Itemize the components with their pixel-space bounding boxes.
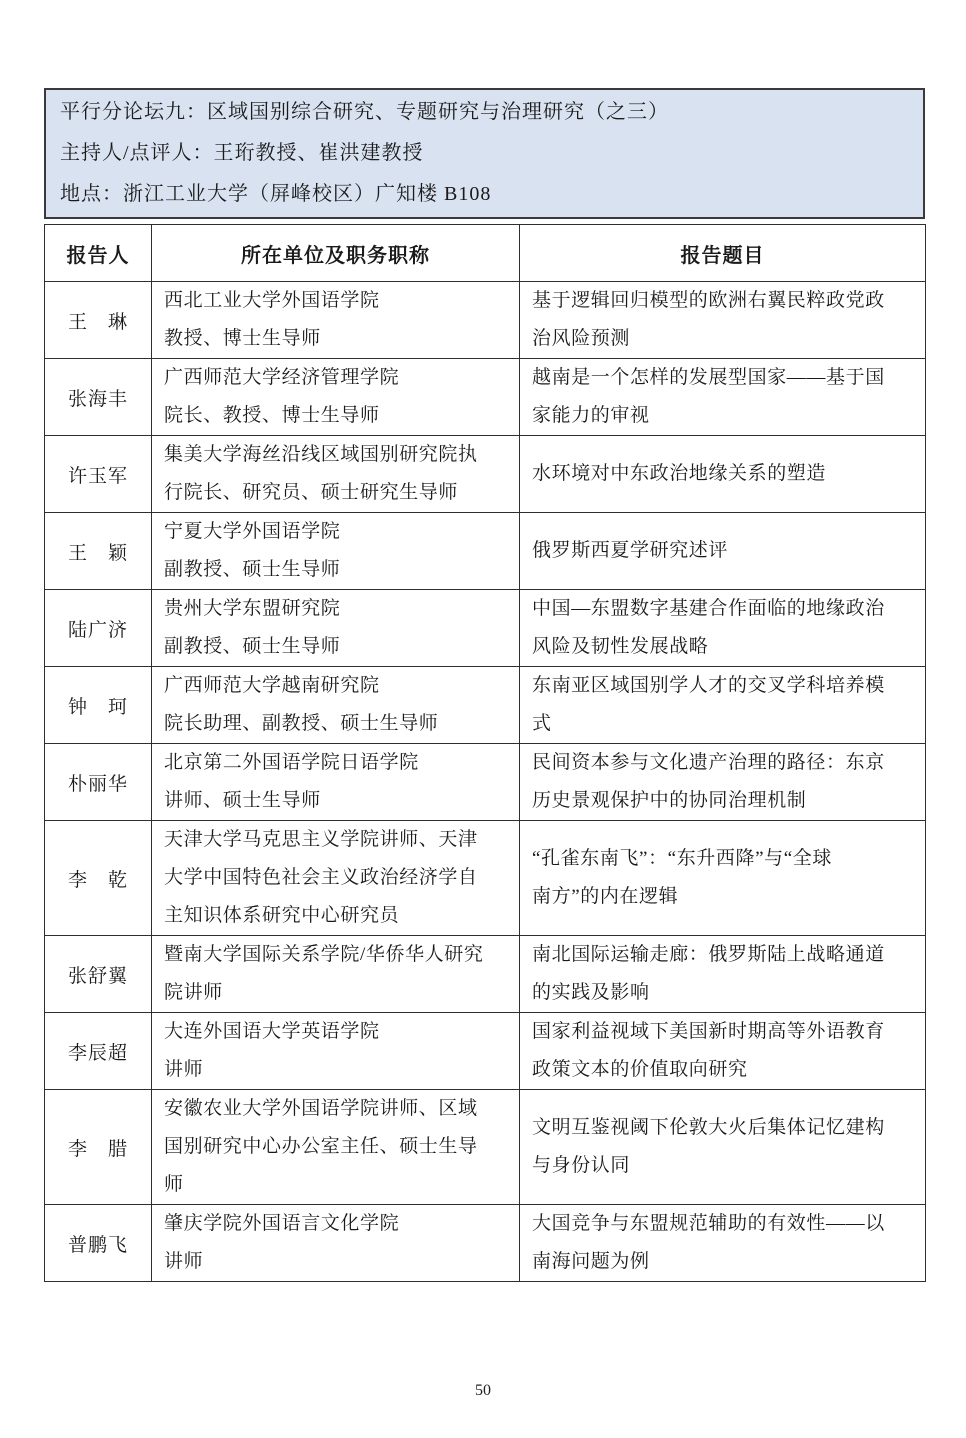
affiliation-cell: 宁夏大学外国语学院 副教授、硕士生导师 <box>152 513 520 590</box>
affiliation-cell: 西北工业大学外国语学院 教授、博士生导师 <box>152 282 520 359</box>
presenter-name-cell: 许玉军 <box>45 436 152 513</box>
document-page: { "accent_color": "#d9e2f0", "forum_head… <box>0 0 966 1438</box>
presenter-name-cell: 普鹏飞 <box>45 1205 152 1282</box>
table-row: 王 琳 西北工业大学外国语学院 教授、博士生导师 基于逻辑回归模型的欧洲右翼民粹… <box>45 282 926 359</box>
table-row: 李辰超 大连外国语大学英语学院 讲师 国家利益视域下美国新时期高等外语教育 政策… <box>45 1013 926 1090</box>
forum-title-line: 平行分论坛九：区域国别综合研究、专题研究与治理研究（之三） <box>60 92 909 133</box>
presenter-name-cell: 李辰超 <box>45 1013 152 1090</box>
title-cell: 越南是一个怎样的发展型国家——基于国 家能力的审视 <box>520 359 926 436</box>
header-title: 报告题目 <box>520 225 926 282</box>
title-cell: “孔雀东南飞”：“东升西降”与“全球 南方”的内在逻辑 <box>520 821 926 936</box>
title-cell: 东南亚区域国别学人才的交叉学科培养模 式 <box>520 667 926 744</box>
title-cell: 国家利益视域下美国新时期高等外语教育 政策文本的价值取向研究 <box>520 1013 926 1090</box>
affiliation-cell: 集美大学海丝沿线区域国别研究院执 行院长、研究员、硕士研究生导师 <box>152 436 520 513</box>
table-row: 李 乾 天津大学马克思主义学院讲师、天津 大学中国特色社会主义政治经济学自 主知… <box>45 821 926 936</box>
title-cell: 文明互鉴视阈下伦敦大火后集体记忆建构 与身份认同 <box>520 1090 926 1205</box>
title-cell: 基于逻辑回归模型的欧洲右翼民粹政党政 治风险预测 <box>520 282 926 359</box>
affiliation-cell: 北京第二外国语学院日语学院 讲师、硕士生导师 <box>152 744 520 821</box>
table-header-row: 报告人 所在单位及职务职称 报告题目 <box>45 225 926 282</box>
presenter-name-cell: 王 琳 <box>45 282 152 359</box>
presenter-name-cell: 张舒翼 <box>45 936 152 1013</box>
page-number: 50 <box>0 1382 966 1400</box>
affiliation-cell: 天津大学马克思主义学院讲师、天津 大学中国特色社会主义政治经济学自 主知识体系研… <box>152 821 520 936</box>
forum-hosts-line: 主持人/点评人：王珩教授、崔洪建教授 <box>60 133 909 174</box>
table-row: 朴丽华 北京第二外国语学院日语学院 讲师、硕士生导师 民间资本参与文化遗产治理的… <box>45 744 926 821</box>
table-row: 李 腊 安徽农业大学外国语学院讲师、区域 国别研究中心办公室主任、硕士生导 师 … <box>45 1090 926 1205</box>
table-row: 王 颖 宁夏大学外国语学院 副教授、硕士生导师 俄罗斯西夏学研究述评 <box>45 513 926 590</box>
table-row: 陆广济 贵州大学东盟研究院 副教授、硕士生导师 中国—东盟数字基建合作面临的地缘… <box>45 590 926 667</box>
presenter-name-cell: 钟 珂 <box>45 667 152 744</box>
page-content: 平行分论坛九：区域国别综合研究、专题研究与治理研究（之三） 主持人/点评人：王珩… <box>44 88 925 1282</box>
title-cell: 大国竞争与东盟规范辅助的有效性——以 南海问题为例 <box>520 1205 926 1282</box>
affiliation-cell: 广西师范大学经济管理学院 院长、教授、博士生导师 <box>152 359 520 436</box>
title-cell: 俄罗斯西夏学研究述评 <box>520 513 926 590</box>
presenter-name-cell: 王 颖 <box>45 513 152 590</box>
presenter-name-cell: 李 腊 <box>45 1090 152 1205</box>
affiliation-cell: 肇庆学院外国语言文化学院 讲师 <box>152 1205 520 1282</box>
table-row: 许玉军 集美大学海丝沿线区域国别研究院执 行院长、研究员、硕士研究生导师 水环境… <box>45 436 926 513</box>
affiliation-cell: 贵州大学东盟研究院 副教授、硕士生导师 <box>152 590 520 667</box>
title-cell: 民间资本参与文化遗产治理的路径：东京 历史景观保护中的协同治理机制 <box>520 744 926 821</box>
affiliation-cell: 广西师范大学越南研究院 院长助理、副教授、硕士生导师 <box>152 667 520 744</box>
table-row: 张舒翼 暨南大学国际关系学院/华侨华人研究 院讲师 南北国际运输走廊：俄罗斯陆上… <box>45 936 926 1013</box>
presenter-name-cell: 陆广济 <box>45 590 152 667</box>
presenter-name-cell: 李 乾 <box>45 821 152 936</box>
affiliation-cell: 暨南大学国际关系学院/华侨华人研究 院讲师 <box>152 936 520 1013</box>
forum-header-box: 平行分论坛九：区域国别综合研究、专题研究与治理研究（之三） 主持人/点评人：王珩… <box>44 88 925 219</box>
table-row: 钟 珂 广西师范大学越南研究院 院长助理、副教授、硕士生导师 东南亚区域国别学人… <box>45 667 926 744</box>
title-cell: 南北国际运输走廊：俄罗斯陆上战略通道 的实践及影响 <box>520 936 926 1013</box>
header-affiliation: 所在单位及职务职称 <box>152 225 520 282</box>
title-cell: 中国—东盟数字基建合作面临的地缘政治 风险及韧性发展战略 <box>520 590 926 667</box>
forum-location-line: 地点：浙江工业大学（屏峰校区）广知楼 B108 <box>60 174 909 215</box>
table-row: 普鹏飞 肇庆学院外国语言文化学院 讲师 大国竞争与东盟规范辅助的有效性——以 南… <box>45 1205 926 1282</box>
presenter-name-cell: 张海丰 <box>45 359 152 436</box>
title-cell: 水环境对中东政治地缘关系的塑造 <box>520 436 926 513</box>
affiliation-cell: 安徽农业大学外国语学院讲师、区域 国别研究中心办公室主任、硕士生导 师 <box>152 1090 520 1205</box>
affiliation-cell: 大连外国语大学英语学院 讲师 <box>152 1013 520 1090</box>
header-presenter: 报告人 <box>45 225 152 282</box>
program-table: 报告人 所在单位及职务职称 报告题目 王 琳 西北工业大学外国语学院 教授、博士… <box>44 224 926 1282</box>
presenter-name-cell: 朴丽华 <box>45 744 152 821</box>
table-row: 张海丰 广西师范大学经济管理学院 院长、教授、博士生导师 越南是一个怎样的发展型… <box>45 359 926 436</box>
